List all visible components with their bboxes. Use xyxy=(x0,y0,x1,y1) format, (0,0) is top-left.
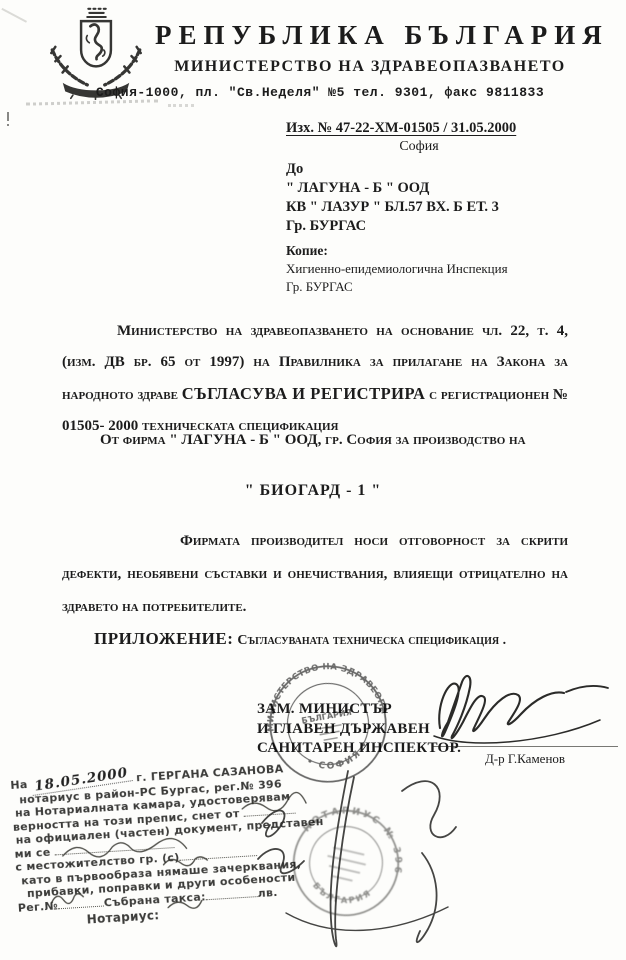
to-label: До xyxy=(286,160,499,179)
signatory-title-block: ЗАМ. МИНИСТЪР И ГЛАВЕН ДЪРЖАВЕН САНИТАРЕ… xyxy=(257,700,461,759)
dotted-underline xyxy=(179,847,257,861)
ministry-subtitle: МИНИСТЕРСТВО НА ЗДРАВЕОПАЗВАНЕТО xyxy=(155,58,585,76)
fee-currency: лв. xyxy=(257,885,278,899)
scan-artifact xyxy=(26,99,158,105)
dotted-underline xyxy=(58,897,104,909)
body-paragraph-1: Министерство на здравеопазването на осно… xyxy=(62,316,568,442)
body-paragraph-2: Фирмата производител носи отговорност за… xyxy=(62,525,568,624)
copy-label: Копие: xyxy=(286,242,508,260)
signatory-title-3: САНИТАРЕН ИНСПЕКТОР. xyxy=(257,739,461,759)
product-name: " БИОГАРД - 1 " xyxy=(0,482,626,500)
republic-title: РЕПУБЛИКА БЪЛГАРИЯ xyxy=(155,20,585,51)
scan-artifact xyxy=(7,112,9,121)
recipient-address: КВ " ЛАЗУР " БЛ.57 ВХ. Б ЕТ. 3 xyxy=(286,198,499,217)
copy-city: Гр. БУРГАС xyxy=(286,278,508,296)
notary-date-suffix: г. xyxy=(136,771,147,785)
recipient-company: " ЛАГУНА - Б " ООД xyxy=(286,179,499,198)
recipient-city: Гр. БУРГАС xyxy=(286,217,499,236)
dotted-underline xyxy=(205,888,257,900)
paragraph1-emphasis: СЪГЛАСУВА И РЕГИСТРИРА xyxy=(182,384,426,403)
document-page: РЕПУБЛИКА БЪЛГАРИЯ МИНИСТЕРСТВО НА ЗДРАВ… xyxy=(0,0,626,960)
signatory-title-1: ЗАМ. МИНИСТЪР xyxy=(257,700,461,720)
reg-label: Рег.№ xyxy=(17,899,58,914)
recipient-block: До " ЛАГУНА - Б " ООД КВ " ЛАЗУР " БЛ.57… xyxy=(286,160,499,236)
attachment-line: ПРИЛОЖЕНИЕ: Съгласуваната техническа спе… xyxy=(94,629,506,649)
attachment-label: ПРИЛОЖЕНИЕ: xyxy=(94,629,233,648)
reference-city: София xyxy=(286,139,552,155)
outgoing-number: Изх. № 47-22-ХМ-01505 / 31.05.2000 xyxy=(286,120,516,137)
dotted-underline xyxy=(243,804,295,816)
from-company-line: От фирма " ЛАГУНА - Б " ООД, гр. София з… xyxy=(100,432,526,449)
notary-certification-block: На 18.05.2000 г. ГЕРГАНА САЗАНОВА нотари… xyxy=(10,760,330,954)
ministry-address: София-1000, пл. "Св.Неделя" №5 тел. 9301… xyxy=(40,85,600,100)
copy-recipient: Хигиенно-епидемиологична Инспекция xyxy=(286,260,508,278)
copy-block: Копие: Хигиенно-епидемиологична Инспекци… xyxy=(286,242,508,296)
notary-date-prefix: На xyxy=(10,778,28,792)
attachment-text: Съгласуваната техническа спецификация . xyxy=(237,633,506,648)
signatory-title-2: И ГЛАВЕН ДЪРЖАВЕН xyxy=(257,720,461,740)
scan-artifact xyxy=(1,0,32,23)
scan-artifact xyxy=(168,104,194,107)
